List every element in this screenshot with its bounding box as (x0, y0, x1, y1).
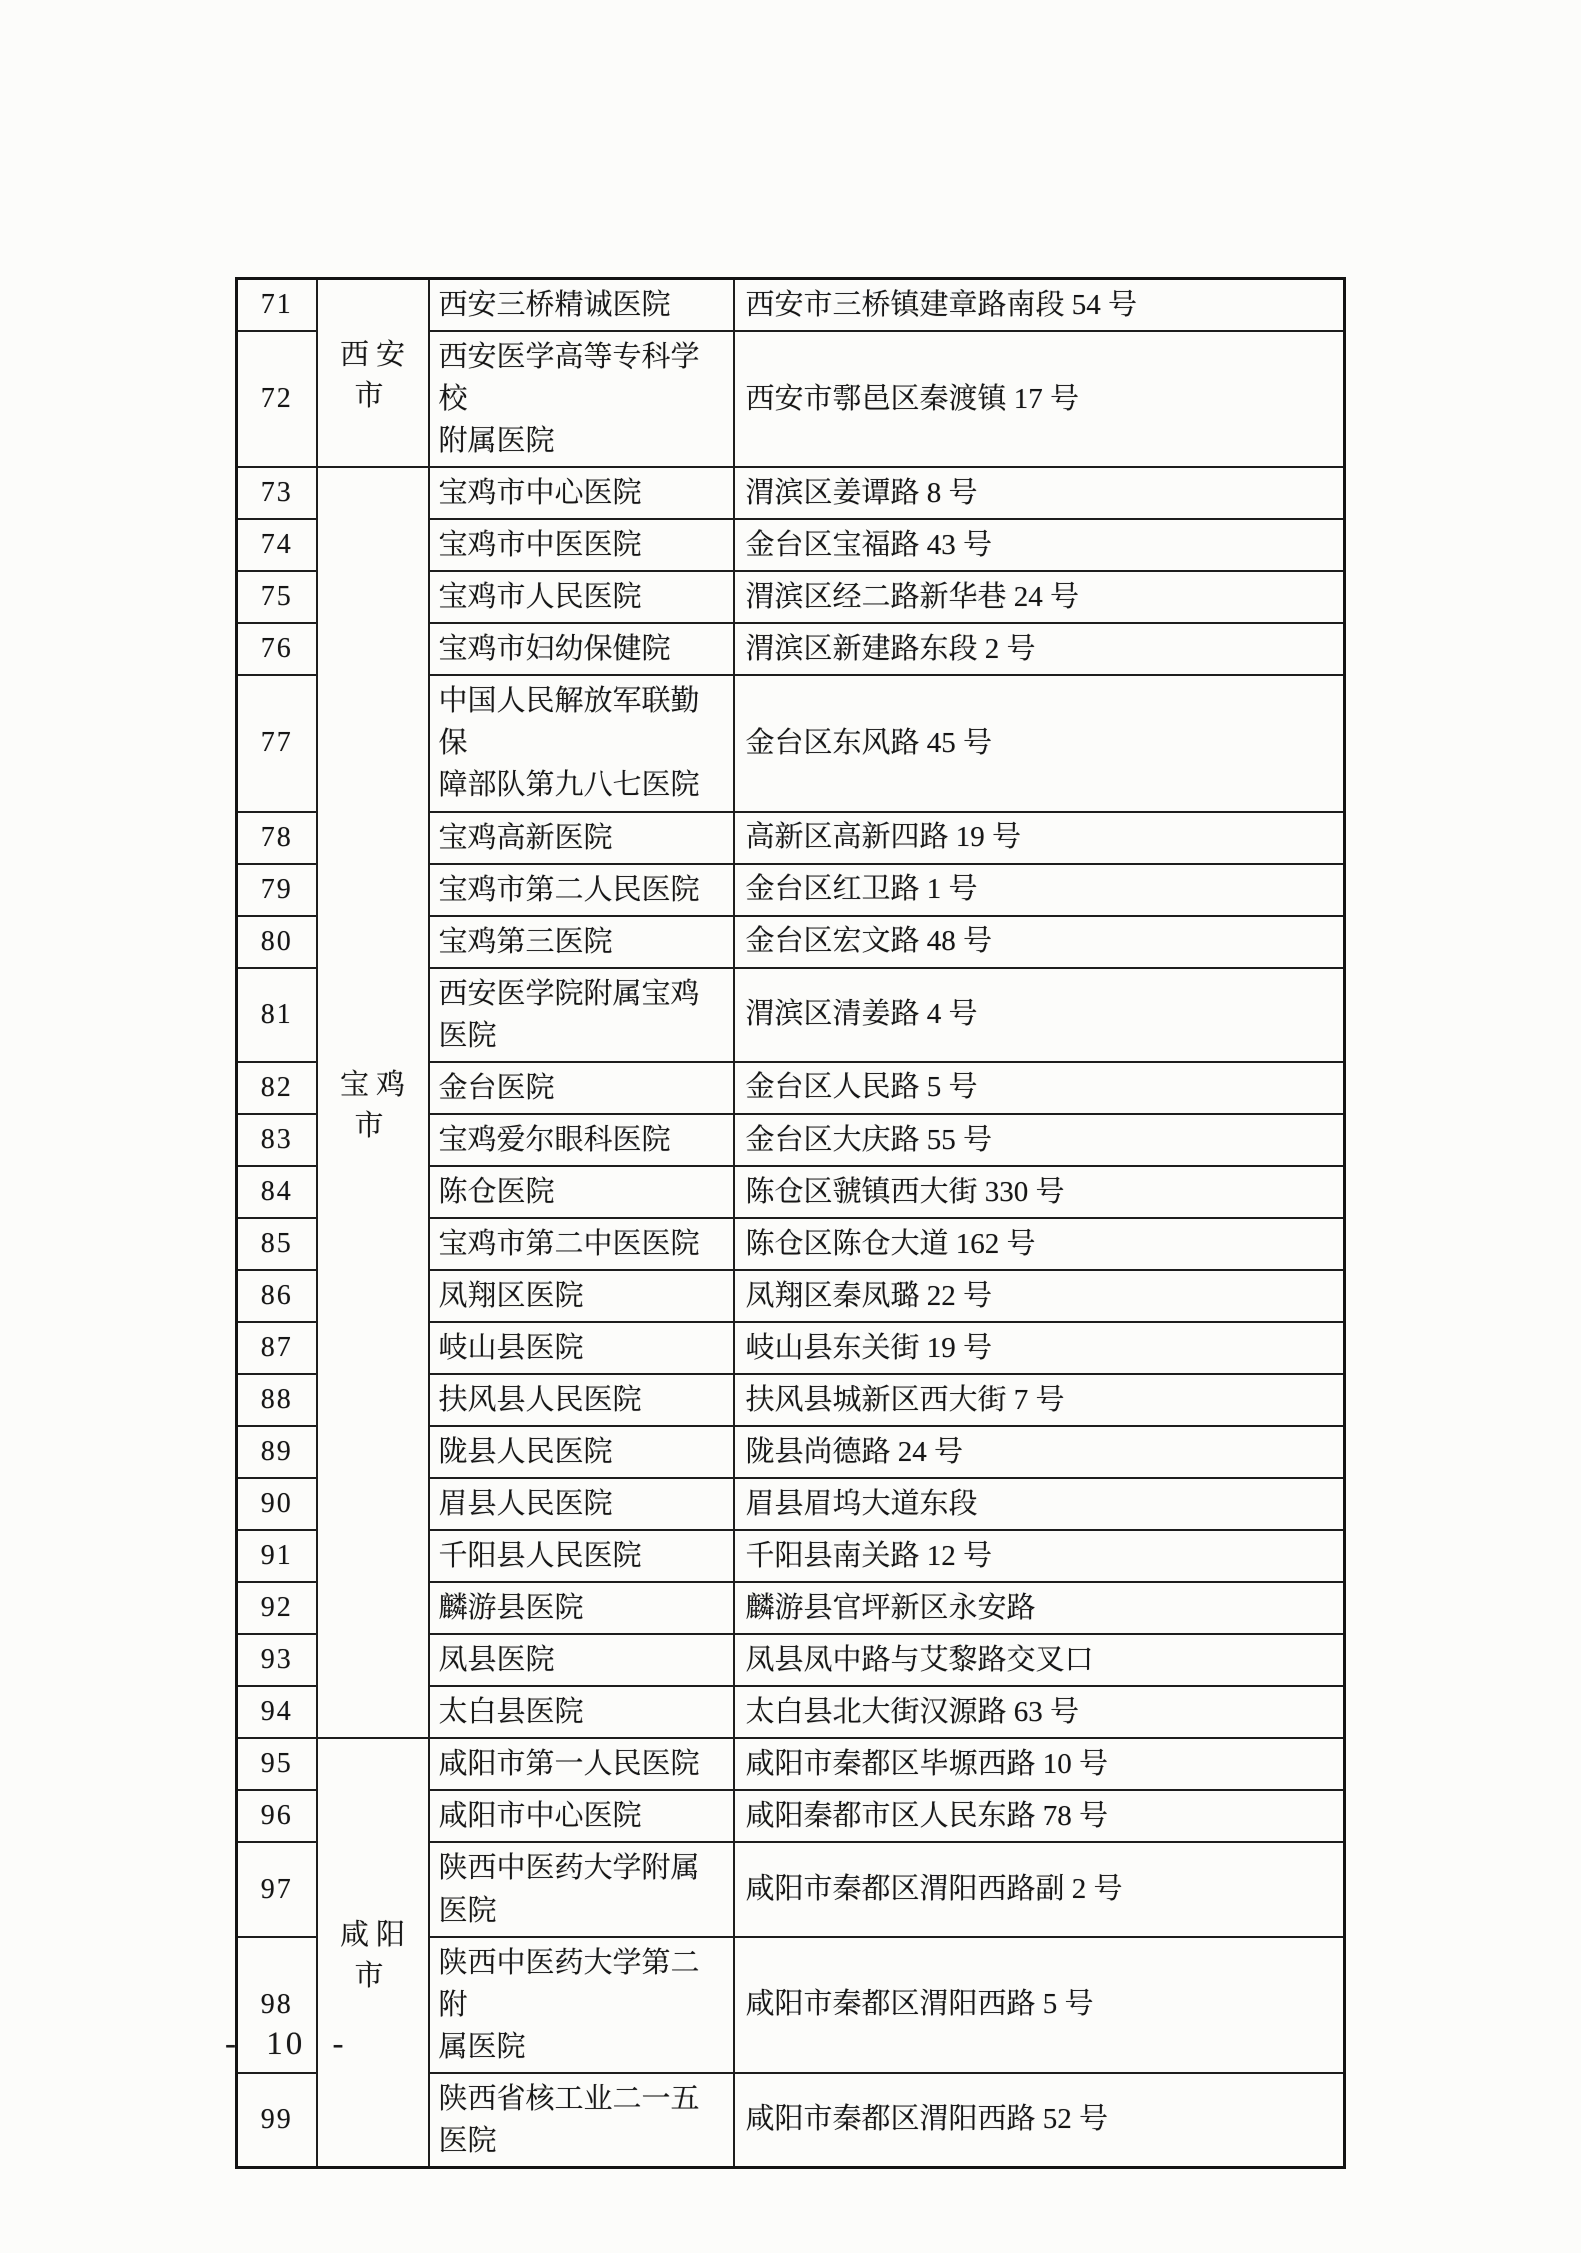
address-cell: 凤县凤中路与艾黎路交叉口 (734, 1634, 1345, 1686)
hospital-name-cell: 西安医学院附属宝鸡 医院 (429, 968, 734, 1062)
address-cell: 咸阳市秦都区渭阳西路副 2 号 (734, 1842, 1345, 1936)
row-number-cell: 73 (237, 467, 317, 519)
row-number-cell: 74 (237, 519, 317, 571)
address-cell: 太白县北大街汉源路 63 号 (734, 1686, 1345, 1738)
hospital-name-cell: 宝鸡第三医院 (429, 916, 734, 968)
row-number-cell: 94 (237, 1686, 317, 1738)
address-cell: 岐山县东关街 19 号 (734, 1322, 1345, 1374)
address-cell: 陈仓区虢镇西大街 330 号 (734, 1166, 1345, 1218)
hospital-name-cell: 扶风县人民医院 (429, 1374, 734, 1426)
row-number-cell: 82 (237, 1062, 317, 1114)
hospital-name-cell: 陈仓医院 (429, 1166, 734, 1218)
hospital-name-cell: 千阳县人民医院 (429, 1530, 734, 1582)
row-number-cell: 83 (237, 1114, 317, 1166)
address-cell: 渭滨区清姜路 4 号 (734, 968, 1345, 1062)
address-cell: 金台区人民路 5 号 (734, 1062, 1345, 1114)
row-number-cell: 92 (237, 1582, 317, 1634)
hospital-name-cell: 宝鸡市第二人民医院 (429, 864, 734, 916)
address-cell: 渭滨区姜谭路 8 号 (734, 467, 1345, 519)
city-cell: 宝鸡市 (317, 467, 429, 1738)
hospital-name-cell: 陕西中医药大学第二附 属医院 (429, 1937, 734, 2073)
hospital-name-cell: 凤翔区医院 (429, 1270, 734, 1322)
address-cell: 高新区高新四路 19 号 (734, 812, 1345, 864)
row-number-cell: 97 (237, 1842, 317, 1936)
address-cell: 千阳县南关路 12 号 (734, 1530, 1345, 1582)
hospital-name-cell: 宝鸡市中心医院 (429, 467, 734, 519)
address-cell: 渭滨区经二路新华巷 24 号 (734, 571, 1345, 623)
row-number-cell: 85 (237, 1218, 317, 1270)
city-cell: 咸阳市 (317, 1738, 429, 2167)
address-cell: 金台区大庆路 55 号 (734, 1114, 1345, 1166)
hospital-table: 71西安市西安三桥精诚医院西安市三桥镇建章路南段 54 号72西安医学高等专科学… (235, 277, 1346, 2169)
row-number-cell: 75 (237, 571, 317, 623)
row-number-cell: 87 (237, 1322, 317, 1374)
hospital-name-cell: 陕西中医药大学附属 医院 (429, 1842, 734, 1936)
address-cell: 咸阳市秦都区毕塬西路 10 号 (734, 1738, 1345, 1790)
address-cell: 金台区宝福路 43 号 (734, 519, 1345, 571)
hospital-name-cell: 金台医院 (429, 1062, 734, 1114)
hospital-name-cell: 陕西省核工业二一五 医院 (429, 2073, 734, 2168)
row-number-cell: 71 (237, 279, 317, 332)
address-cell: 西安市鄠邑区秦渡镇 17 号 (734, 331, 1345, 467)
document-page: 71西安市西安三桥精诚医院西安市三桥镇建章路南段 54 号72西安医学高等专科学… (0, 0, 1581, 2253)
address-cell: 金台区红卫路 1 号 (734, 864, 1345, 916)
hospital-name-cell: 眉县人民医院 (429, 1478, 734, 1530)
row-number-cell: 95 (237, 1738, 317, 1790)
address-cell: 凤翔区秦凤璐 22 号 (734, 1270, 1345, 1322)
hospital-table-body: 71西安市西安三桥精诚医院西安市三桥镇建章路南段 54 号72西安医学高等专科学… (237, 279, 1345, 2168)
row-number-cell: 89 (237, 1426, 317, 1478)
row-number-cell: 90 (237, 1478, 317, 1530)
address-cell: 麟游县官坪新区永安路 (734, 1582, 1345, 1634)
row-number-cell: 77 (237, 675, 317, 811)
hospital-name-cell: 宝鸡高新医院 (429, 812, 734, 864)
row-number-cell: 93 (237, 1634, 317, 1686)
address-cell: 咸阳秦都市区人民东路 78 号 (734, 1790, 1345, 1842)
address-cell: 陇县尚德路 24 号 (734, 1426, 1345, 1478)
address-cell: 金台区东风路 45 号 (734, 675, 1345, 811)
city-cell: 西安市 (317, 279, 429, 468)
row-number-cell: 80 (237, 916, 317, 968)
table-row: 73宝鸡市宝鸡市中心医院渭滨区姜谭路 8 号 (237, 467, 1345, 519)
row-number-cell: 76 (237, 623, 317, 675)
row-number-cell: 91 (237, 1530, 317, 1582)
hospital-name-cell: 宝鸡爱尔眼科医院 (429, 1114, 734, 1166)
address-cell: 西安市三桥镇建章路南段 54 号 (734, 279, 1345, 332)
hospital-name-cell: 咸阳市中心医院 (429, 1790, 734, 1842)
hospital-name-cell: 岐山县医院 (429, 1322, 734, 1374)
row-number-cell: 79 (237, 864, 317, 916)
row-number-cell: 81 (237, 968, 317, 1062)
hospital-name-cell: 中国人民解放军联勤保 障部队第九八七医院 (429, 675, 734, 811)
hospital-name-cell: 西安医学高等专科学校 附属医院 (429, 331, 734, 467)
hospital-name-cell: 宝鸡市中医医院 (429, 519, 734, 571)
row-number-cell: 96 (237, 1790, 317, 1842)
page-number: - 10 - (225, 2026, 346, 2063)
hospital-name-cell: 宝鸡市人民医院 (429, 571, 734, 623)
row-number-cell: 99 (237, 2073, 317, 2168)
address-cell: 眉县眉坞大道东段 (734, 1478, 1345, 1530)
address-cell: 咸阳市秦都区渭阳西路 5 号 (734, 1937, 1345, 2073)
address-cell: 咸阳市秦都区渭阳西路 52 号 (734, 2073, 1345, 2168)
hospital-name-cell: 西安三桥精诚医院 (429, 279, 734, 332)
hospital-name-cell: 麟游县医院 (429, 1582, 734, 1634)
hospital-name-cell: 咸阳市第一人民医院 (429, 1738, 734, 1790)
row-number-cell: 84 (237, 1166, 317, 1218)
hospital-name-cell: 陇县人民医院 (429, 1426, 734, 1478)
address-cell: 金台区宏文路 48 号 (734, 916, 1345, 968)
row-number-cell: 72 (237, 331, 317, 467)
address-cell: 陈仓区陈仓大道 162 号 (734, 1218, 1345, 1270)
table-row: 71西安市西安三桥精诚医院西安市三桥镇建章路南段 54 号 (237, 279, 1345, 332)
table-row: 95咸阳市咸阳市第一人民医院咸阳市秦都区毕塬西路 10 号 (237, 1738, 1345, 1790)
row-number-cell: 78 (237, 812, 317, 864)
row-number-cell: 88 (237, 1374, 317, 1426)
address-cell: 扶风县城新区西大街 7 号 (734, 1374, 1345, 1426)
hospital-name-cell: 太白县医院 (429, 1686, 734, 1738)
hospital-name-cell: 宝鸡市第二中医医院 (429, 1218, 734, 1270)
hospital-name-cell: 宝鸡市妇幼保健院 (429, 623, 734, 675)
address-cell: 渭滨区新建路东段 2 号 (734, 623, 1345, 675)
hospital-name-cell: 凤县医院 (429, 1634, 734, 1686)
row-number-cell: 86 (237, 1270, 317, 1322)
